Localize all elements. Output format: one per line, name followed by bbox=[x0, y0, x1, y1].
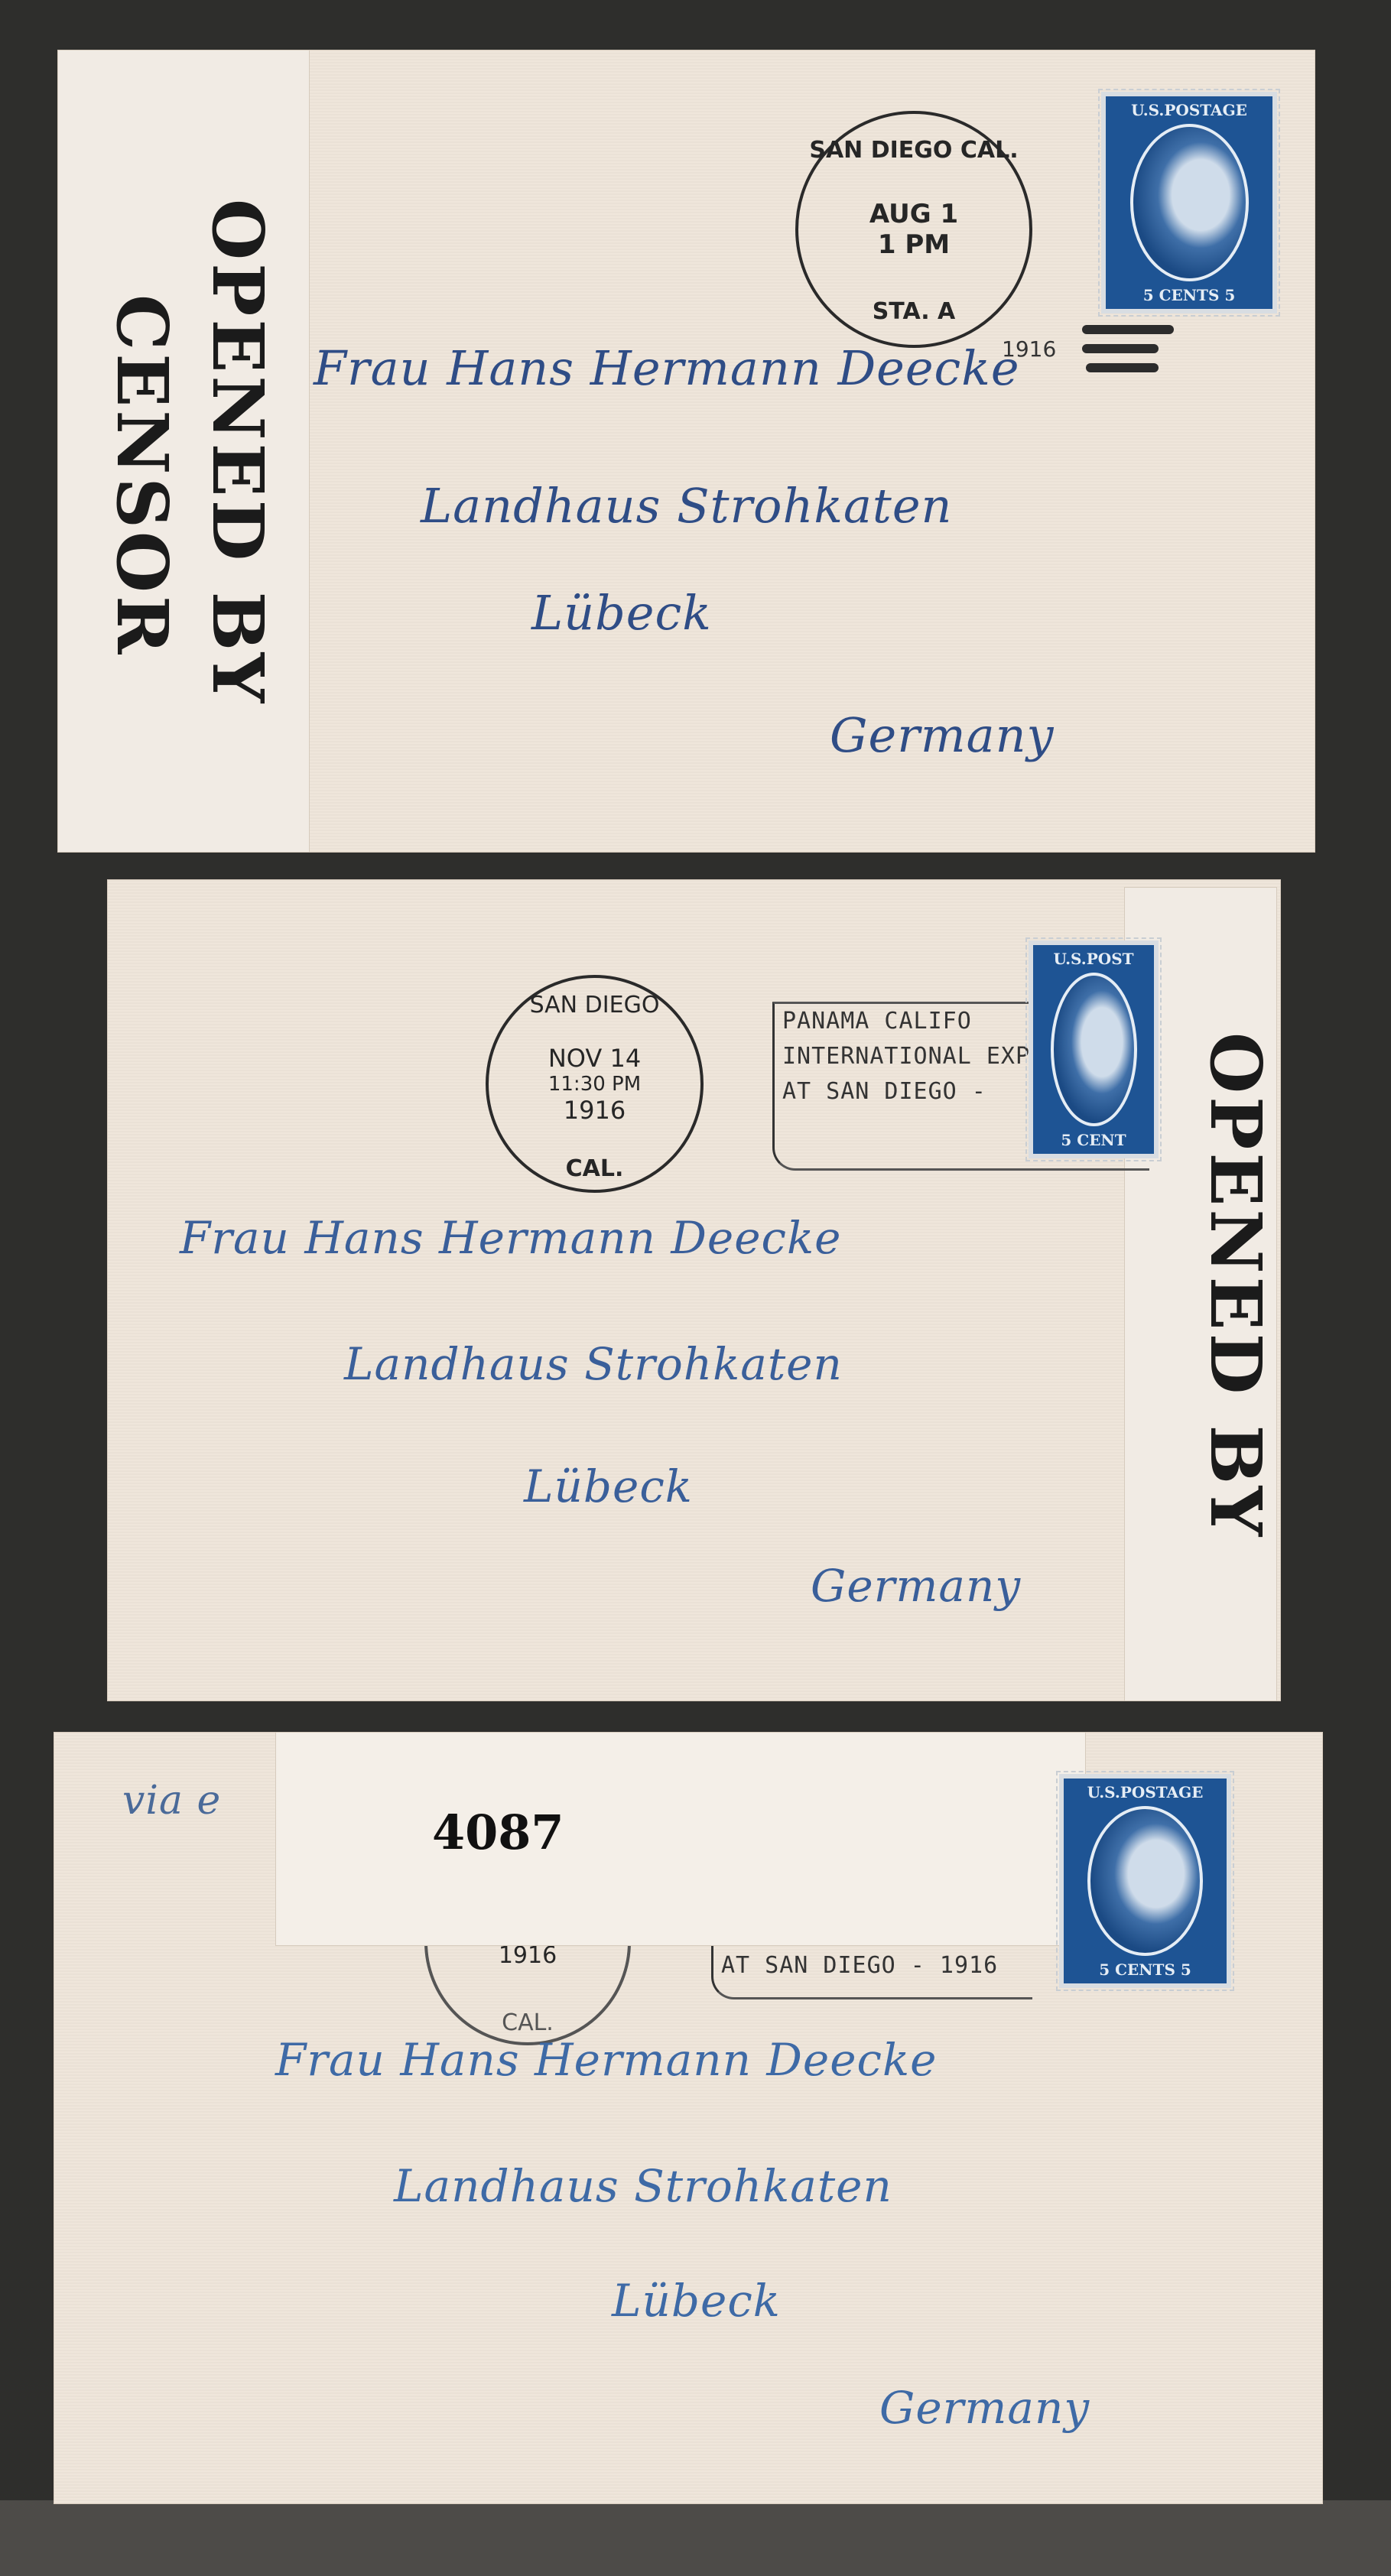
slogan-line-1: AT SAN DIEGO - 1916 bbox=[721, 1948, 1032, 1983]
postmark-state: CAL. bbox=[566, 1155, 624, 1182]
envelope-1: OPENED BY CENSOR SAN DIEGO CAL. AUG 1 1 … bbox=[57, 50, 1315, 853]
washington-portrait-icon bbox=[1130, 124, 1249, 281]
address-line-3: Lübeck bbox=[524, 1460, 693, 1512]
address-line-4: Germany bbox=[879, 2382, 1090, 2434]
address-line-2: Landhaus Strohkaten bbox=[421, 478, 952, 534]
postmark-year: 1916 bbox=[499, 1942, 557, 1969]
postmark-date: NOV 14 bbox=[548, 1044, 641, 1073]
stamp-top-text: U.S.POSTAGE bbox=[1087, 1783, 1204, 1801]
washington-portrait-icon bbox=[1087, 1806, 1204, 1956]
postmark-time: 11:30 PM bbox=[548, 1073, 641, 1096]
address-line-3: Lübeck bbox=[531, 585, 712, 641]
duplex-cancel-bar bbox=[1082, 325, 1174, 334]
postmark-time: 1 PM bbox=[878, 229, 950, 260]
address-line-1: Frau Hans Hermann Deecke bbox=[314, 340, 1020, 396]
routing-note: via e bbox=[122, 1778, 221, 1824]
censor-text-opened-by: OPENED BY bbox=[1194, 1032, 1277, 1539]
postmark-year: 1916 bbox=[564, 1096, 626, 1125]
censor-text-opened-by: OPENED BY bbox=[197, 199, 279, 706]
address-line-1: Frau Hans Hermann Deecke bbox=[180, 1212, 842, 1264]
postmark-ring-text: SAN DIEGO CAL. bbox=[809, 137, 1018, 164]
postmark-circle: SAN DIEGO NOV 14 11:30 PM 1916 CAL. bbox=[486, 975, 704, 1193]
duplex-cancel-bar bbox=[1086, 363, 1159, 372]
address-line-1: Frau Hans Hermann Deecke bbox=[275, 2034, 938, 2086]
postmark-station: STA. A bbox=[873, 298, 956, 325]
stamp-bottom-text: 5 CENTS 5 bbox=[1099, 1960, 1191, 1979]
censor-number: 4087 bbox=[432, 1804, 564, 1860]
address-line-3: Lübeck bbox=[612, 2275, 781, 2327]
washington-portrait-icon bbox=[1051, 973, 1137, 1126]
table-surface bbox=[0, 2500, 1391, 2576]
duplex-cancel-bar bbox=[1082, 344, 1159, 353]
stamp-top-text: U.S.POST bbox=[1053, 950, 1133, 968]
censor-text-censor: CENSOR bbox=[101, 294, 184, 657]
stamp-5-cents: U.S.POSTAGE 5 CENTS 5 bbox=[1059, 1774, 1231, 1988]
address-line-2: Landhaus Strohkaten bbox=[394, 2160, 892, 2212]
envelope-3: via e 17 1916 CAL. AT SAN DIEGO - 1916 4… bbox=[54, 1732, 1323, 2504]
envelope-2: OPENED BY SAN DIEGO NOV 14 11:30 PM 1916… bbox=[107, 879, 1281, 1701]
postmark-ring-text: SAN DIEGO bbox=[530, 992, 660, 1018]
censor-label bbox=[275, 1732, 1086, 1946]
postmark-date: AUG 1 bbox=[869, 199, 958, 229]
postmark-circle: SAN DIEGO CAL. AUG 1 1 PM STA. A bbox=[795, 111, 1032, 348]
address-line-4: Germany bbox=[830, 707, 1055, 763]
postmark-state: CAL. bbox=[502, 2009, 554, 2036]
address-line-2: Landhaus Strohkaten bbox=[344, 1338, 843, 1390]
stamp-bottom-text: 5 CENT bbox=[1061, 1131, 1126, 1149]
stamp-5-cents: U.S.POST 5 CENT bbox=[1029, 940, 1159, 1158]
address-line-4: Germany bbox=[811, 1560, 1021, 1612]
stamp-top-text: U.S.POSTAGE bbox=[1131, 101, 1247, 119]
stamp-bottom-text: 5 CENTS 5 bbox=[1143, 286, 1236, 304]
stamp-5-cents: U.S.POSTAGE 5 CENTS 5 bbox=[1101, 92, 1277, 313]
